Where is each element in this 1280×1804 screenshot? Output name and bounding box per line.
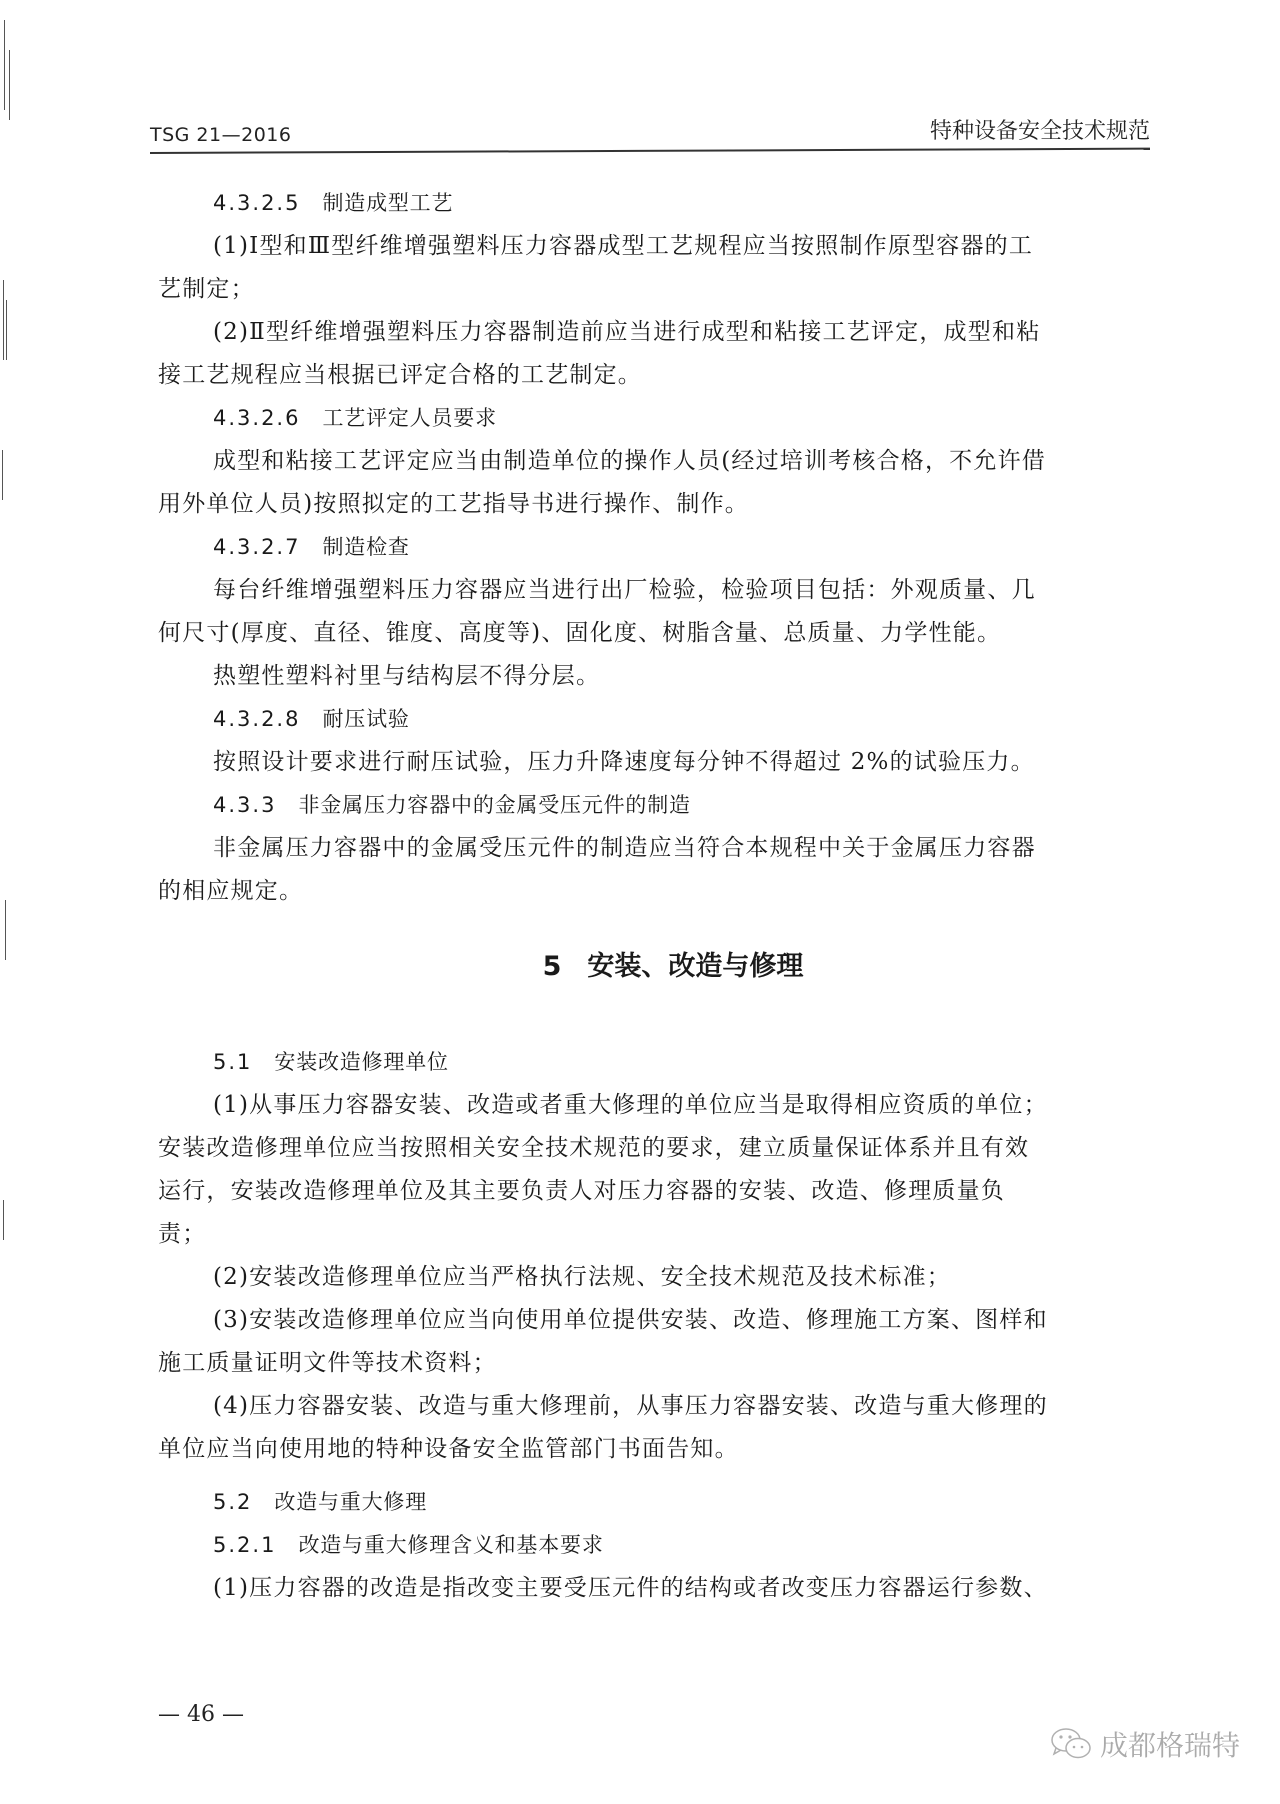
- paragraph-line: (1)从事压力容器安装、改造或者重大修理的单位应当是取得相应资质的单位；: [158, 1084, 1158, 1127]
- paragraph-line: 单位应当向使用地的特种设备安全监管部门书面告知。: [158, 1428, 1158, 1471]
- section-number: 4.3.2.6: [213, 397, 300, 440]
- section-heading: 4.3.3非金属压力容器中的金属受压元件的制造: [158, 784, 1158, 827]
- doc-code: TSG 21—2016: [150, 124, 291, 146]
- paragraph-line: 的相应规定。: [158, 870, 1158, 913]
- section-title: 工艺评定人员要求: [322, 406, 496, 430]
- section-title: 安装改造修理单位: [274, 1050, 448, 1074]
- chapter-heading: 5安装、改造与修理: [158, 937, 1158, 997]
- section-title: 非金属压力容器中的金属受压元件的制造: [298, 793, 690, 817]
- paragraph-line: (3)安装改造修理单位应当向使用单位提供安装、改造、修理施工方案、图样和: [158, 1299, 1158, 1342]
- paragraph-line: 何尺寸(厚度、直径、锥度、高度等)、固化度、树脂含量、总质量、力学性能。: [158, 612, 1158, 655]
- paragraph-line: (4)压力容器安装、改造与重大修理前，从事压力容器安装、改造与重大修理的: [158, 1385, 1158, 1428]
- watermark: 成都格瑞特: [1050, 1724, 1240, 1764]
- section-heading: 4.3.2.7制造检查: [158, 526, 1158, 569]
- paragraph-line: (1)Ⅰ型和Ⅲ型纤维增强塑料压力容器成型工艺规程应当按照制作原型容器的工: [158, 225, 1158, 268]
- paragraph-line: 责；: [158, 1213, 1158, 1256]
- series-title: 特种设备安全技术规范: [930, 114, 1150, 145]
- section-heading: 4.3.2.8耐压试验: [158, 698, 1158, 741]
- section-number: 5.1: [213, 1041, 252, 1084]
- paragraph-line: 艺制定；: [158, 268, 1158, 311]
- document-body: 4.3.2.5制造成型工艺 (1)Ⅰ型和Ⅲ型纤维增强塑料压力容器成型工艺规程应当…: [158, 182, 1158, 1610]
- section-number: 5.2.1: [213, 1524, 276, 1567]
- section-heading: 5.2改造与重大修理: [158, 1481, 1158, 1524]
- paragraph-line: 按照设计要求进行耐压试验，压力升降速度每分钟不得超过 2%的试验压力。: [158, 741, 1158, 784]
- paragraph-line: (2)安装改造修理单位应当严格执行法规、安全技术规范及技术标准；: [158, 1256, 1158, 1299]
- section-title: 耐压试验: [322, 707, 409, 731]
- scan-edge-artifact: [0, 0, 16, 1804]
- section-heading: 4.3.2.6工艺评定人员要求: [158, 397, 1158, 440]
- wechat-icon: [1050, 1726, 1094, 1762]
- paragraph-line: (1)压力容器的改造是指改变主要受压元件的结构或者改变压力容器运行参数、: [158, 1567, 1158, 1610]
- paragraph-line: 非金属压力容器中的金属受压元件的制造应当符合本规程中关于金属压力容器: [158, 827, 1158, 870]
- section-number: 4.3.2.8: [213, 698, 300, 741]
- section-number: 4.3.2.7: [213, 526, 300, 569]
- watermark-text: 成都格瑞特: [1100, 1724, 1240, 1764]
- section-title: 制造检查: [322, 535, 409, 559]
- section-number: 4.3.2.5: [213, 182, 300, 225]
- paragraph-line: 接工艺规程应当根据已评定合格的工艺制定。: [158, 354, 1158, 397]
- paragraph-line: (2)Ⅱ型纤维增强塑料压力容器制造前应当进行成型和粘接工艺评定，成型和粘: [158, 311, 1158, 354]
- section-number: 4.3.3: [213, 784, 276, 827]
- section-heading: 5.1安装改造修理单位: [158, 1041, 1158, 1084]
- section-heading: 5.2.1改造与重大修理含义和基本要求: [158, 1524, 1158, 1567]
- paragraph-line: 运行，安装改造修理单位及其主要负责人对压力容器的安装、改造、修理质量负: [158, 1170, 1158, 1213]
- paragraph-line: 用外单位人员)按照拟定的工艺指导书进行操作、制作。: [158, 483, 1158, 526]
- paragraph-line: 安装改造修理单位应当按照相关安全技术规范的要求，建立质量保证体系并且有效: [158, 1127, 1158, 1170]
- chapter-title: 安装、改造与修理: [587, 951, 803, 982]
- paragraph-line: 施工质量证明文件等技术资料；: [158, 1342, 1158, 1385]
- section-title: 制造成型工艺: [322, 191, 453, 215]
- section-number: 5.2: [213, 1481, 252, 1524]
- section-title: 改造与重大修理: [274, 1490, 427, 1514]
- page-number: — 46 —: [158, 1702, 244, 1727]
- paragraph-line: 每台纤维增强塑料压力容器应当进行出厂检验，检验项目包括：外观质量、几: [158, 569, 1158, 612]
- section-heading: 4.3.2.5制造成型工艺: [158, 182, 1158, 225]
- section-title: 改造与重大修理含义和基本要求: [298, 1533, 603, 1557]
- paragraph-line: 成型和粘接工艺评定应当由制造单位的操作人员(经过培训考核合格，不允许借: [158, 440, 1158, 483]
- chapter-number: 5: [543, 951, 562, 982]
- paragraph-line: 热塑性塑料衬里与结构层不得分层。: [158, 655, 1158, 698]
